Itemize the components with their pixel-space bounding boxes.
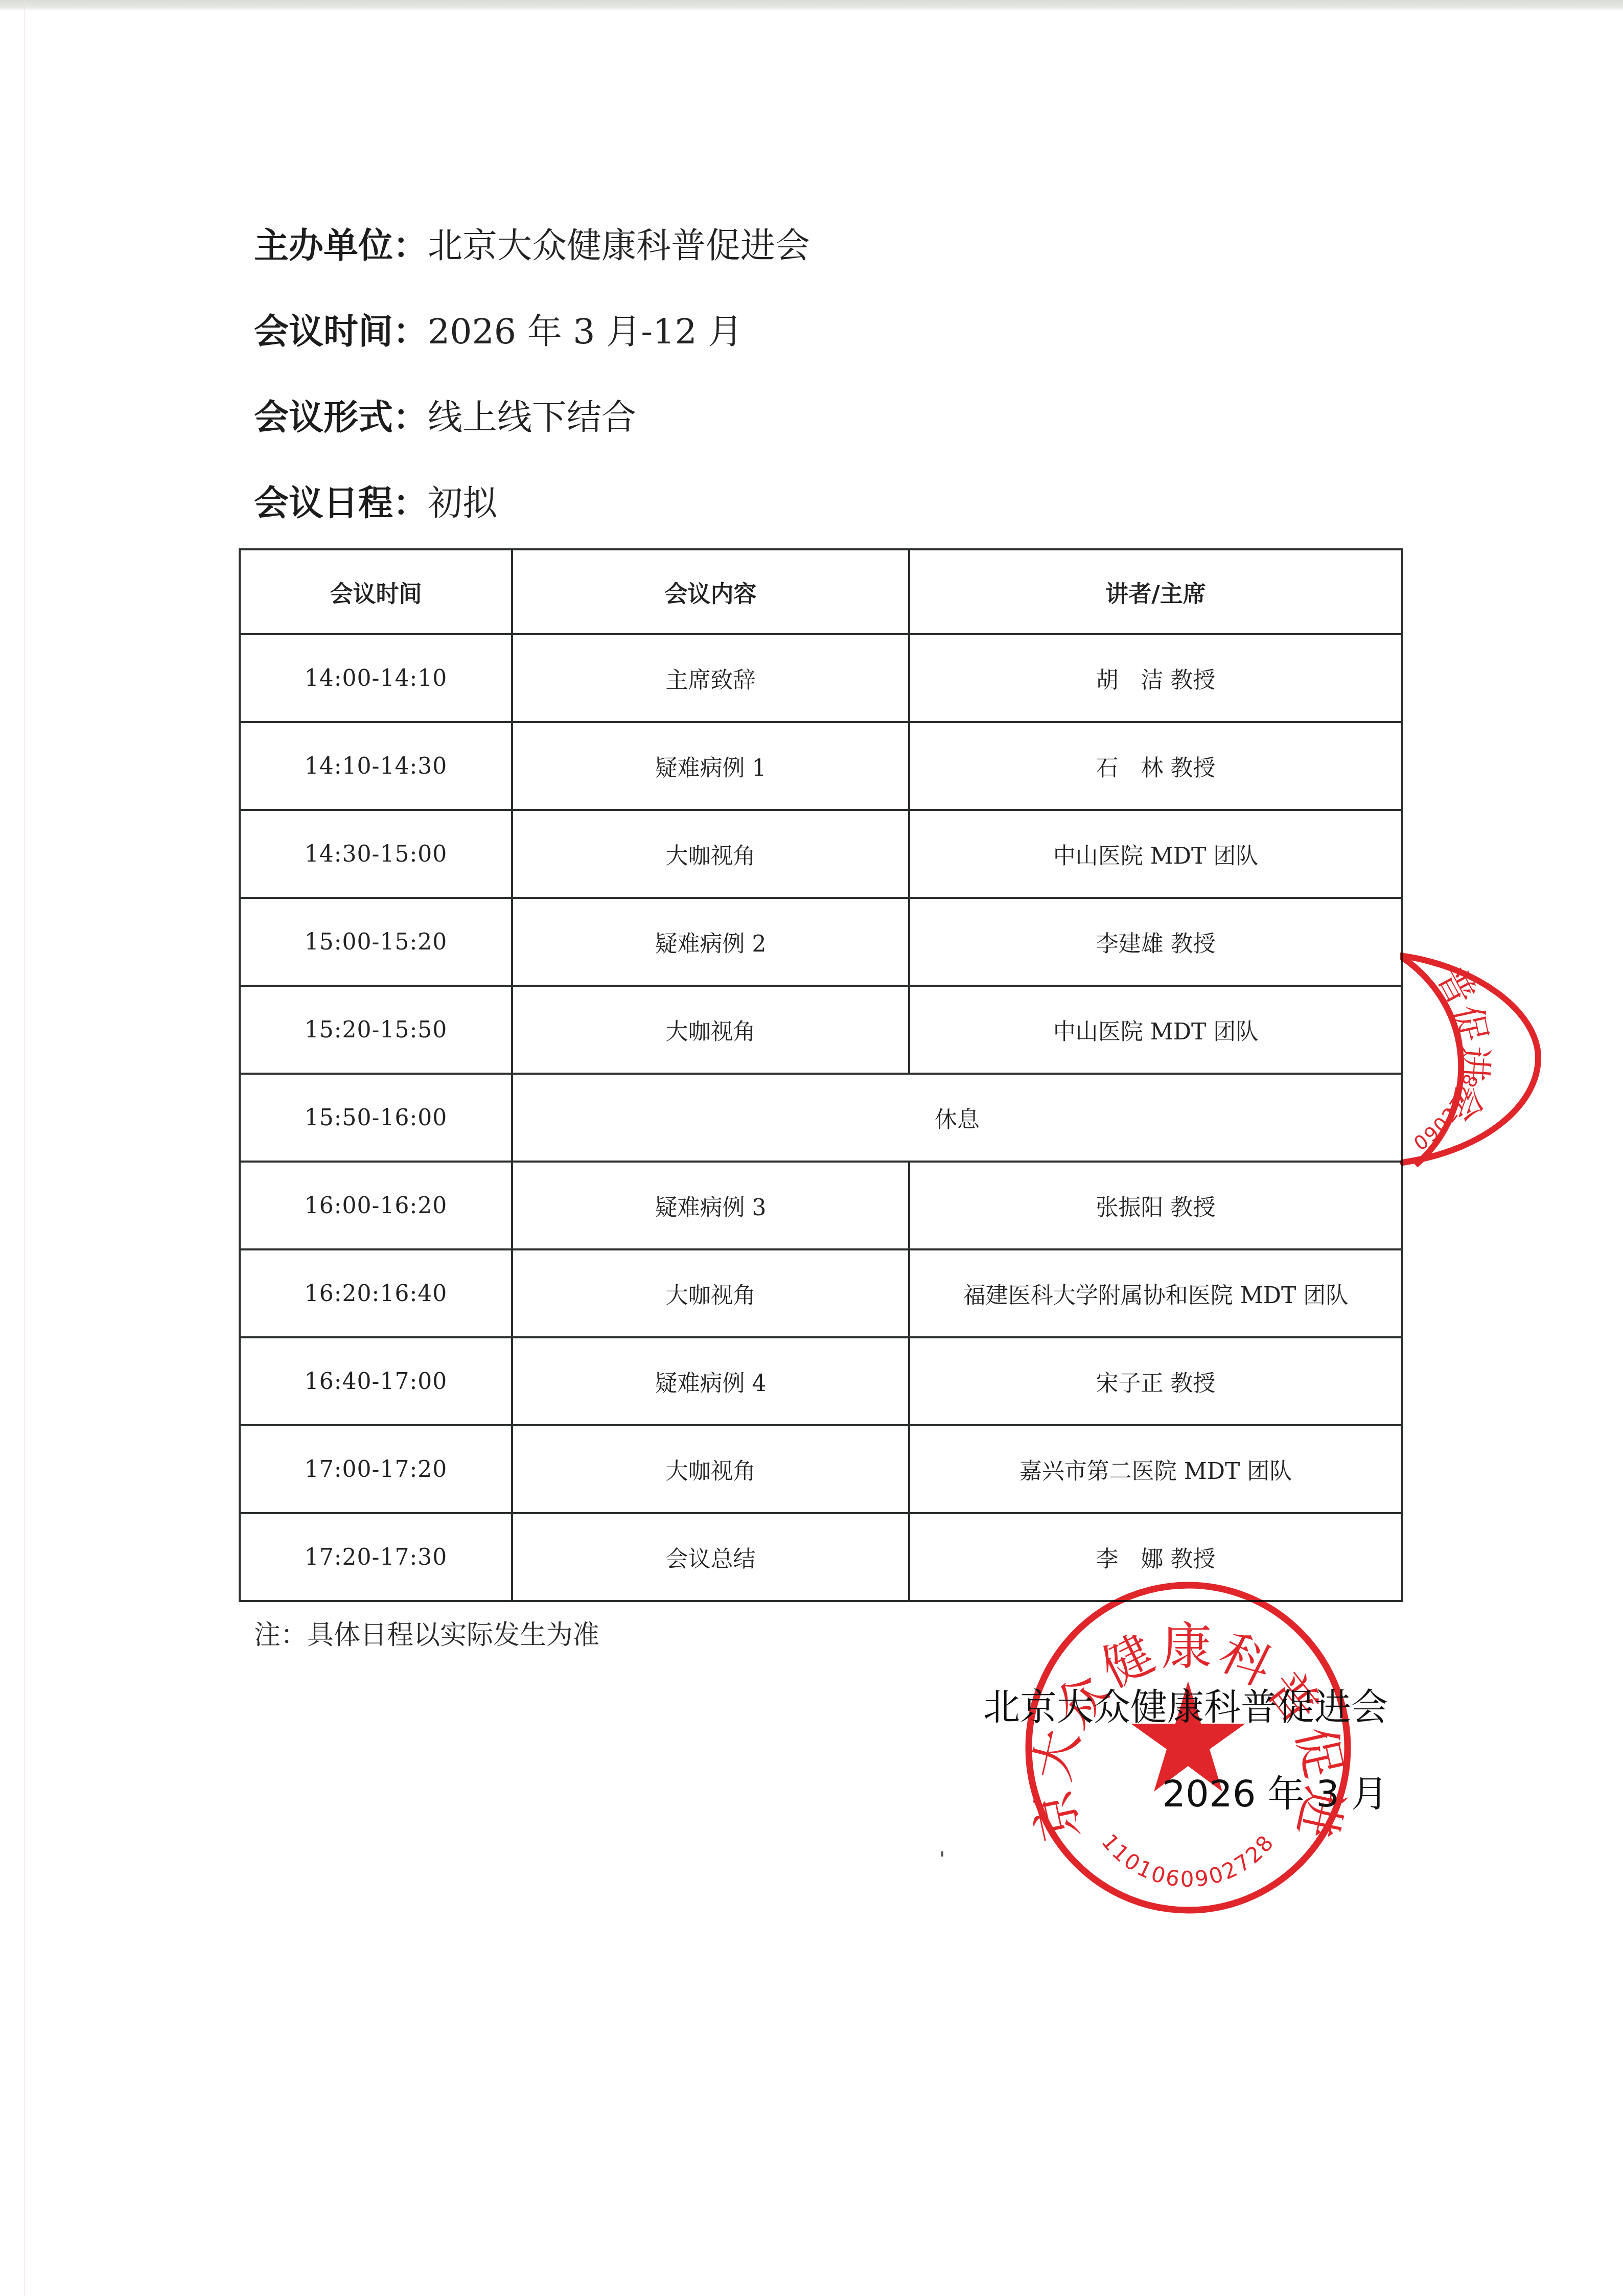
cell-time: 16:00-16:20: [240, 1162, 512, 1249]
meta-value: 2026 年 3 月-12 月: [428, 312, 743, 352]
svg-text:1101060902728: 1101060902728: [1097, 1829, 1280, 1892]
meta-value: 初拟: [428, 483, 497, 524]
cell-content: 大咖视角: [512, 986, 909, 1074]
schedule-table: 会议时间 会议内容 讲者/主席 14:00-14:10 主席致辞 胡 洁 教授 …: [239, 548, 1403, 1602]
table-row: 16:00-16:20 疑难病例 3 张振阳 教授: [240, 1162, 1402, 1249]
cell-time: 15:00-15:20: [240, 898, 512, 986]
seal-code-text: 1101060902728: [1097, 1829, 1280, 1892]
cell-time: 14:10-14:30: [240, 722, 512, 810]
cell-time: 16:40-17:00: [240, 1337, 512, 1425]
cell-content: 大咖视角: [512, 1249, 909, 1337]
cell-content: 疑难病例 4: [512, 1337, 909, 1425]
official-seal: 北京大众健康科普促进会 1101060902728: [1022, 1579, 1354, 1916]
cell-content-merged: 休息: [512, 1074, 1402, 1162]
cell-content: 会议总结: [512, 1513, 909, 1601]
cell-speaker: 张振阳 教授: [909, 1162, 1402, 1249]
cell-time: 17:20-17:30: [240, 1513, 512, 1601]
cell-speaker: 中山医院 MDT 团队: [909, 986, 1402, 1074]
footnote: 注：具体日程以实际发生为准: [254, 1619, 599, 1652]
meta-organizer: 主办单位：北京大众健康科普促进会: [254, 226, 810, 267]
cell-speaker: 石 林 教授: [909, 722, 1402, 810]
partial-seal: 普促进会 0902728: [1400, 935, 1564, 1170]
meta-label: 会议形式：: [254, 398, 428, 438]
cell-time: 14:30-15:00: [240, 810, 512, 898]
cell-content: 大咖视角: [512, 810, 909, 898]
cell-time: 17:00-17:20: [240, 1425, 512, 1513]
header-content: 会议内容: [512, 549, 909, 634]
scan-speck: [941, 1851, 943, 1857]
meta-value: 线上线下结合: [428, 398, 636, 438]
cell-speaker: 中山医院 MDT 团队: [909, 810, 1402, 898]
cell-content: 疑难病例 2: [512, 898, 909, 986]
cell-content: 疑难病例 1: [512, 722, 909, 810]
cell-speaker: 胡 洁 教授: [909, 634, 1402, 722]
cell-speaker: 嘉兴市第二医院 MDT 团队: [909, 1425, 1402, 1513]
cell-time: 16:20:16:40: [240, 1249, 512, 1337]
meta-format: 会议形式：线上线下结合: [254, 398, 636, 438]
cell-speaker: 李建雄 教授: [909, 898, 1402, 986]
seal-graphic: 北京大众健康科普促进会 1101060902728: [1022, 1579, 1354, 1916]
cell-time: 14:00-14:10: [240, 634, 512, 722]
table-row: 15:00-15:20 疑难病例 2 李建雄 教授: [240, 898, 1402, 986]
table-row: 16:20:16:40 大咖视角 福建医科大学附属协和医院 MDT 团队: [240, 1249, 1402, 1337]
meta-label: 会议日程：: [254, 483, 428, 524]
cell-content: 大咖视角: [512, 1425, 909, 1513]
cell-time: 15:20-15:50: [240, 986, 512, 1074]
cell-content: 疑难病例 3: [512, 1162, 909, 1249]
table-row: 14:10-14:30 疑难病例 1 石 林 教授: [240, 722, 1402, 810]
signature-organization: 北京大众健康科普促进会: [983, 1684, 1388, 1730]
table-header-row: 会议时间 会议内容 讲者/主席: [240, 549, 1402, 634]
header-time: 会议时间: [240, 549, 512, 634]
table-row: 15:20-15:50 大咖视角 中山医院 MDT 团队: [240, 986, 1402, 1074]
table-row: 14:30-15:00 大咖视角 中山医院 MDT 团队: [240, 810, 1402, 898]
scan-margin-line: [24, 0, 25, 2296]
cell-content: 主席致辞: [512, 634, 909, 722]
header-speaker: 讲者/主席: [909, 549, 1402, 634]
table-row: 17:00-17:20 大咖视角 嘉兴市第二医院 MDT 团队: [240, 1425, 1402, 1513]
meta-time: 会议时间：2026 年 3 月-12 月: [254, 312, 743, 353]
meta-label: 主办单位：: [254, 226, 428, 266]
meta-agenda: 会议日程：初拟: [254, 483, 497, 524]
scan-edge-shadow: [0, 0, 1623, 11]
meta-label: 会议时间：: [254, 312, 428, 352]
partial-seal-graphic: 普促进会 0902728: [1400, 935, 1564, 1170]
cell-time: 15:50-16:00: [240, 1074, 512, 1162]
meta-value: 北京大众健康科普促进会: [428, 226, 810, 266]
table-row-break: 15:50-16:00 休息: [240, 1074, 1402, 1162]
signature-date: 2026 年 3 月: [1162, 1771, 1388, 1817]
cell-speaker: 福建医科大学附属协和医院 MDT 团队: [909, 1249, 1402, 1337]
table-row: 16:40-17:00 疑难病例 4 宋子正 教授: [240, 1337, 1402, 1425]
table-row: 14:00-14:10 主席致辞 胡 洁 教授: [240, 634, 1402, 722]
cell-speaker: 宋子正 教授: [909, 1337, 1402, 1425]
